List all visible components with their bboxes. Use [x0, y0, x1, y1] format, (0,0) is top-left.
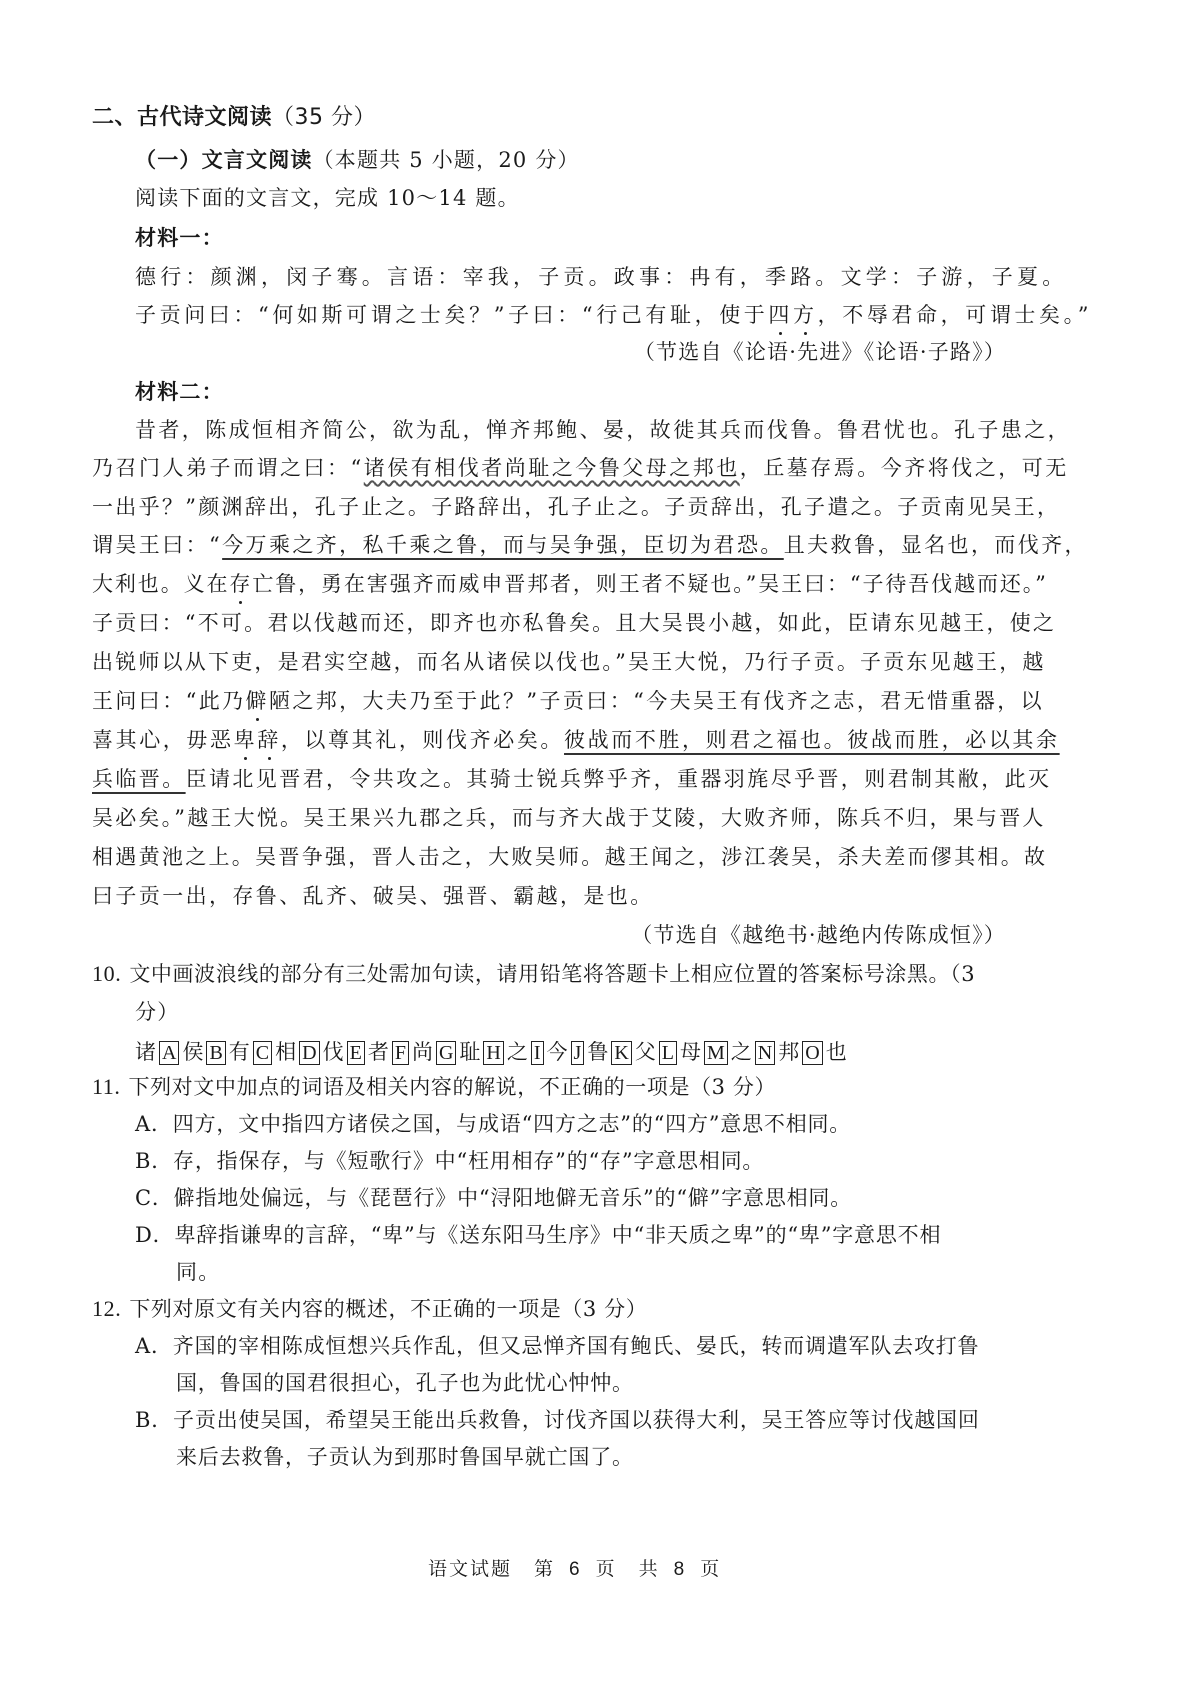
text-segment: 且夫救鲁，显名也，而伐齐， — [784, 533, 1088, 557]
question-stem: 下列对原文有关内容的概述，不正确的一项是（3 分） — [129, 1297, 647, 1321]
dotted-char: 辞 — [257, 728, 281, 752]
dotted-char: 存 — [229, 572, 252, 596]
sequence-char: 诸 — [135, 1040, 156, 1064]
material2-line: 喜其心，毋恶卑辞，以尊其礼，则伐齐必矣。彼战而不胜，则君之福也。彼战而胜，必以其… — [92, 726, 1060, 754]
option-a-continued: 国，鲁国的国君很担心，孔子也为此忧心忡忡。 — [176, 1369, 634, 1397]
material1-label: 材料一： — [135, 224, 224, 252]
question-11: 11.下列对文中加点的词语及相关内容的解说，不正确的一项是（3 分） — [92, 1073, 776, 1101]
answer-box-i[interactable]: I — [531, 1041, 544, 1065]
material2-line: 曰子贡一出，存鲁、乱齐、破吴、强晋、霸越，是也。 — [92, 882, 654, 910]
sequence-char: 有 — [229, 1040, 250, 1064]
question-number: 11. — [92, 1074, 120, 1099]
material2-line: 一出乎？”颜渊辞出，孔子止之。子路辞出，孔子止之。子贡辞出，孔子遣之。子贡南见吴… — [92, 493, 1060, 521]
dotted-char: 四 — [768, 303, 793, 327]
option-key: C． — [135, 1186, 174, 1210]
question-stem: 下列对文中加点的词语及相关内容的解说，不正确的一项是（3 分） — [128, 1075, 776, 1099]
option-text: 齐国的宰相陈成恒想兴兵作乱，但又忌惮齐国有鲍氏、晏氏，转而调遣军队去攻打鲁 — [173, 1334, 980, 1358]
material2-line: 相遇黄池之上。吴晋争强，晋人击之，大败吴师。越王闻之，涉江袭吴，杀夫差而僇其相。… — [92, 843, 1047, 871]
section-heading: 二、古代诗文阅读（35 分） — [92, 104, 376, 132]
text-segment: 陋之邦，大夫乃至于此？”子贡曰：“今夫吴王有伐齐之志，君无惜重器，以 — [269, 689, 1044, 713]
question-10-continued: 分） — [135, 998, 179, 1026]
footer-page-number: 6 — [569, 1559, 582, 1580]
question-12: 12.下列对原文有关内容的概述，不正确的一项是（3 分） — [92, 1295, 647, 1323]
subsection-heading: （一）文言文阅读（本题共 5 小题，20 分） — [135, 146, 580, 174]
text-segment: 谓吴王曰：“ — [92, 533, 222, 557]
dotted-char: 僻 — [246, 689, 269, 713]
punctuation-answer-sequence: 诸A侯B有C相D伐E者F尚G耻H之I今J鲁K父L母M之N邦O也 — [135, 1038, 847, 1066]
option-text: 僻指地处偏远，与《琵琶行》中“浔阳地僻无音乐”的“僻”字意思相同。 — [174, 1186, 852, 1210]
option-text: 子贡出使吴国，希望吴王能出兵救鲁，讨伐齐国以获得大利，吴王答应等讨伐越国回 — [173, 1408, 980, 1432]
footer-subject: 语文试题 — [428, 1558, 512, 1580]
material2-label: 材料二： — [135, 378, 224, 406]
sequence-char: 耻 — [459, 1040, 480, 1064]
material2-line: 子贡曰：“不可。君以伐越而还，即齐也亦私鲁矣。且大吴畏小越，如此，臣请东见越王，… — [92, 609, 1056, 637]
sequence-char: 父 — [635, 1040, 656, 1064]
text-segment: 臣请北见晋君，令共攻之。其骑士锐兵弊乎齐，重器羽旄尽乎晋，则君制其敝，此灭 — [186, 767, 1052, 791]
answer-box-a[interactable]: A — [159, 1041, 179, 1065]
underlined-sentence: 彼战而不胜，则君之福也。彼战而胜，必以其余 — [564, 728, 1060, 752]
answer-box-c[interactable]: C — [253, 1041, 272, 1065]
sequence-char: 相 — [275, 1040, 296, 1064]
footer-ye: 页 — [596, 1558, 617, 1580]
option-text: 四方，文中指四方诸侯之国，与成语“四方之志”的“四方”意思不相同。 — [173, 1112, 851, 1136]
text-segment: 大利也。义在 — [92, 572, 229, 596]
question-number: 12. — [92, 1296, 121, 1321]
option-text: 存，指保存，与《短歌行》中“枉用相存”的“存”字意思相同。 — [173, 1149, 764, 1173]
sequence-char: 邦 — [778, 1040, 799, 1064]
answer-box-l[interactable]: L — [659, 1041, 677, 1065]
option-key: D． — [135, 1223, 174, 1247]
option-b[interactable]: B．存，指保存，与《短歌行》中“枉用相存”的“存”字意思相同。 — [135, 1147, 764, 1175]
wavy-underlined-text: 诸侯有相伐者尚耻之今鲁父母之邦也 — [364, 456, 740, 480]
answer-box-o[interactable]: O — [802, 1041, 822, 1065]
option-b-continued: 来后去救鲁，子贡认为到那时鲁国早就亡国了。 — [176, 1443, 634, 1471]
option-a[interactable]: A．齐国的宰相陈成恒想兴兵作乱，但又忌惮齐国有鲍氏、晏氏，转而调遣军队去攻打鲁 — [135, 1332, 979, 1360]
material1-line2: 子贡问曰：“何如斯可谓之士矣？”子曰：“行己有耻，使于四方，不辱君命，可谓士矣。… — [135, 301, 1092, 329]
section-score: （35 分） — [272, 105, 376, 130]
answer-box-g[interactable]: G — [436, 1041, 456, 1065]
page-footer: 语文试题第6页共8页 — [428, 1555, 721, 1584]
material2-line: 乃召门人弟子而谓之曰：“诸侯有相伐者尚耻之今鲁父母之邦也，丘墓存焉。今齐将伐之，… — [92, 454, 1069, 482]
material2-source: （节选自《越绝书·越绝内传陈成恒》） — [631, 921, 1006, 949]
option-d[interactable]: D．卑辞指谦卑的言辞，“卑”与《送东阳马生序》中“非天质之卑”的“卑”字意思不相 — [135, 1221, 941, 1249]
answer-box-k[interactable]: K — [611, 1041, 631, 1065]
footer-total-pages: 8 — [674, 1559, 687, 1580]
material2-line: 谓吴王曰：“今万乘之齐，私千乘之鲁，而与吴争强，臣切为君恐。且夫救鲁，显名也，而… — [92, 531, 1088, 559]
sequence-char: 之 — [507, 1040, 528, 1064]
option-key: B． — [135, 1408, 173, 1432]
text-segment: 王问曰：“此乃 — [92, 689, 246, 713]
sequence-char: 鲁 — [587, 1040, 608, 1064]
sequence-char: 者 — [368, 1040, 389, 1064]
text-segment: 亡鲁，勇在害强齐而威申晋邦者，则王者不疑也。”吴王曰：“子待吾伐越而还。” — [252, 572, 1048, 596]
option-key: B． — [135, 1149, 173, 1173]
answer-box-d[interactable]: D — [299, 1041, 319, 1065]
sequence-char: 母 — [680, 1040, 701, 1064]
answer-box-m[interactable]: M — [704, 1041, 728, 1065]
material1-line1: 德行：颜渊，闵子骞。言语：宰我，子贡。政事：冉有，季路。文学：子游，子夏。 — [135, 263, 1067, 291]
material2-line: 昔者，陈成恒相齐简公，欲为乱，惮齐邦鲍、晏，故徙其兵而伐鲁。鲁君忧也。孔子患之， — [135, 416, 1071, 444]
option-a[interactable]: A．四方，文中指四方诸侯之国，与成语“四方之志”的“四方”意思不相同。 — [135, 1110, 851, 1138]
footer-ye: 页 — [700, 1558, 721, 1580]
subsection-title: （一）文言文阅读 — [135, 148, 313, 172]
footer-gong: 共 — [639, 1558, 660, 1580]
material2-line: 大利也。义在存亡鲁，勇在害强齐而威申晋邦者，则王者不疑也。”吴王曰：“子待吾伐越… — [92, 570, 1048, 598]
question-stem: 文中画波浪线的部分有三处需加句读，请用铅笔将答题卡上相应位置的答案标号涂黑。（3 — [129, 962, 975, 986]
question-number: 10. — [92, 961, 121, 986]
answer-box-f[interactable]: F — [392, 1041, 409, 1065]
option-key: A． — [135, 1334, 173, 1358]
underlined-sentence: 今万乘之齐，私千乘之鲁，而与吴争强，臣切为君恐。 — [222, 533, 784, 557]
answer-box-e[interactable]: E — [347, 1041, 365, 1065]
option-text: 卑辞指谦卑的言辞，“卑”与《送东阳马生序》中“非天质之卑”的“卑”字意思不相 — [174, 1223, 941, 1247]
sequence-char: 今 — [547, 1040, 568, 1064]
option-d-continued: 同。 — [176, 1258, 220, 1286]
dotted-char: 卑 — [234, 728, 258, 752]
text-segment: ，以尊其礼，则伐齐必矣。 — [281, 728, 564, 752]
sequence-char: 尚 — [412, 1040, 433, 1064]
sequence-char: 侯 — [182, 1040, 203, 1064]
material2-line: 王问曰：“此乃僻陋之邦，大夫乃至于此？”子贡曰：“今夫吴王有伐齐之志，君无惜重器… — [92, 687, 1044, 715]
dotted-char: 方 — [793, 303, 818, 327]
answer-box-n[interactable]: N — [755, 1041, 775, 1065]
answer-box-b[interactable]: B — [206, 1041, 225, 1065]
subsection-note: （本题共 5 小题，20 分） — [313, 148, 580, 172]
text-segment: 子贡问曰：“何如斯可谓之士矣？”子曰：“行己有耻，使于 — [135, 303, 768, 327]
footer-di: 第 — [534, 1558, 555, 1580]
text-segment: 喜其心，毋恶 — [92, 728, 234, 752]
text-segment: ，不辱君命，可谓士矣。” — [818, 303, 1092, 327]
answer-box-h[interactable]: H — [483, 1041, 503, 1065]
text-segment: 乃召门人弟子而谓之曰：“ — [92, 456, 364, 480]
material2-line: 出锐师以从下吏，是君实空越，而名从诸侯以伐也。”吴王大悦，乃行子贡。子贡东见越王… — [92, 648, 1046, 676]
sequence-char: 也 — [826, 1040, 847, 1064]
underlined-sentence: 兵临晋。 — [92, 767, 186, 791]
text-segment: ，丘墓存焉。今齐将伐之，可无 — [740, 456, 1069, 480]
material2-line: 兵临晋。臣请北见晋君，令共攻之。其骑士锐兵弊乎齐，重器羽旄尽乎晋，则君制其敝，此… — [92, 765, 1051, 793]
option-c[interactable]: C．僻指地处偏远，与《琵琶行》中“浔阳地僻无音乐”的“僻”字意思相同。 — [135, 1184, 852, 1212]
exam-page: 二、古代诗文阅读（35 分） （一）文言文阅读（本题共 5 小题，20 分） 阅… — [0, 0, 1190, 1683]
sequence-char: 伐 — [323, 1040, 344, 1064]
sequence-char: 之 — [731, 1040, 752, 1064]
section-title: 二、古代诗文阅读 — [92, 105, 272, 130]
option-key: A． — [135, 1112, 173, 1136]
instruction: 阅读下面的文言文，完成 10～14 题。 — [135, 184, 520, 212]
material2-line: 吴必矣。”越王大悦。吴王果兴九郡之兵，而与齐大战于艾陵，大败齐师，陈兵不归，果与… — [92, 804, 1046, 832]
question-10: 10.文中画波浪线的部分有三处需加句读，请用铅笔将答题卡上相应位置的答案标号涂黑… — [92, 960, 975, 988]
option-b[interactable]: B．子贡出使吴国，希望吴王能出兵救鲁，讨伐齐国以获得大利，吴王答应等讨伐越国回 — [135, 1406, 980, 1434]
answer-box-j[interactable]: J — [571, 1041, 585, 1065]
material1-source: （节选自《论语·先进》《论语·子路》） — [634, 338, 1006, 366]
